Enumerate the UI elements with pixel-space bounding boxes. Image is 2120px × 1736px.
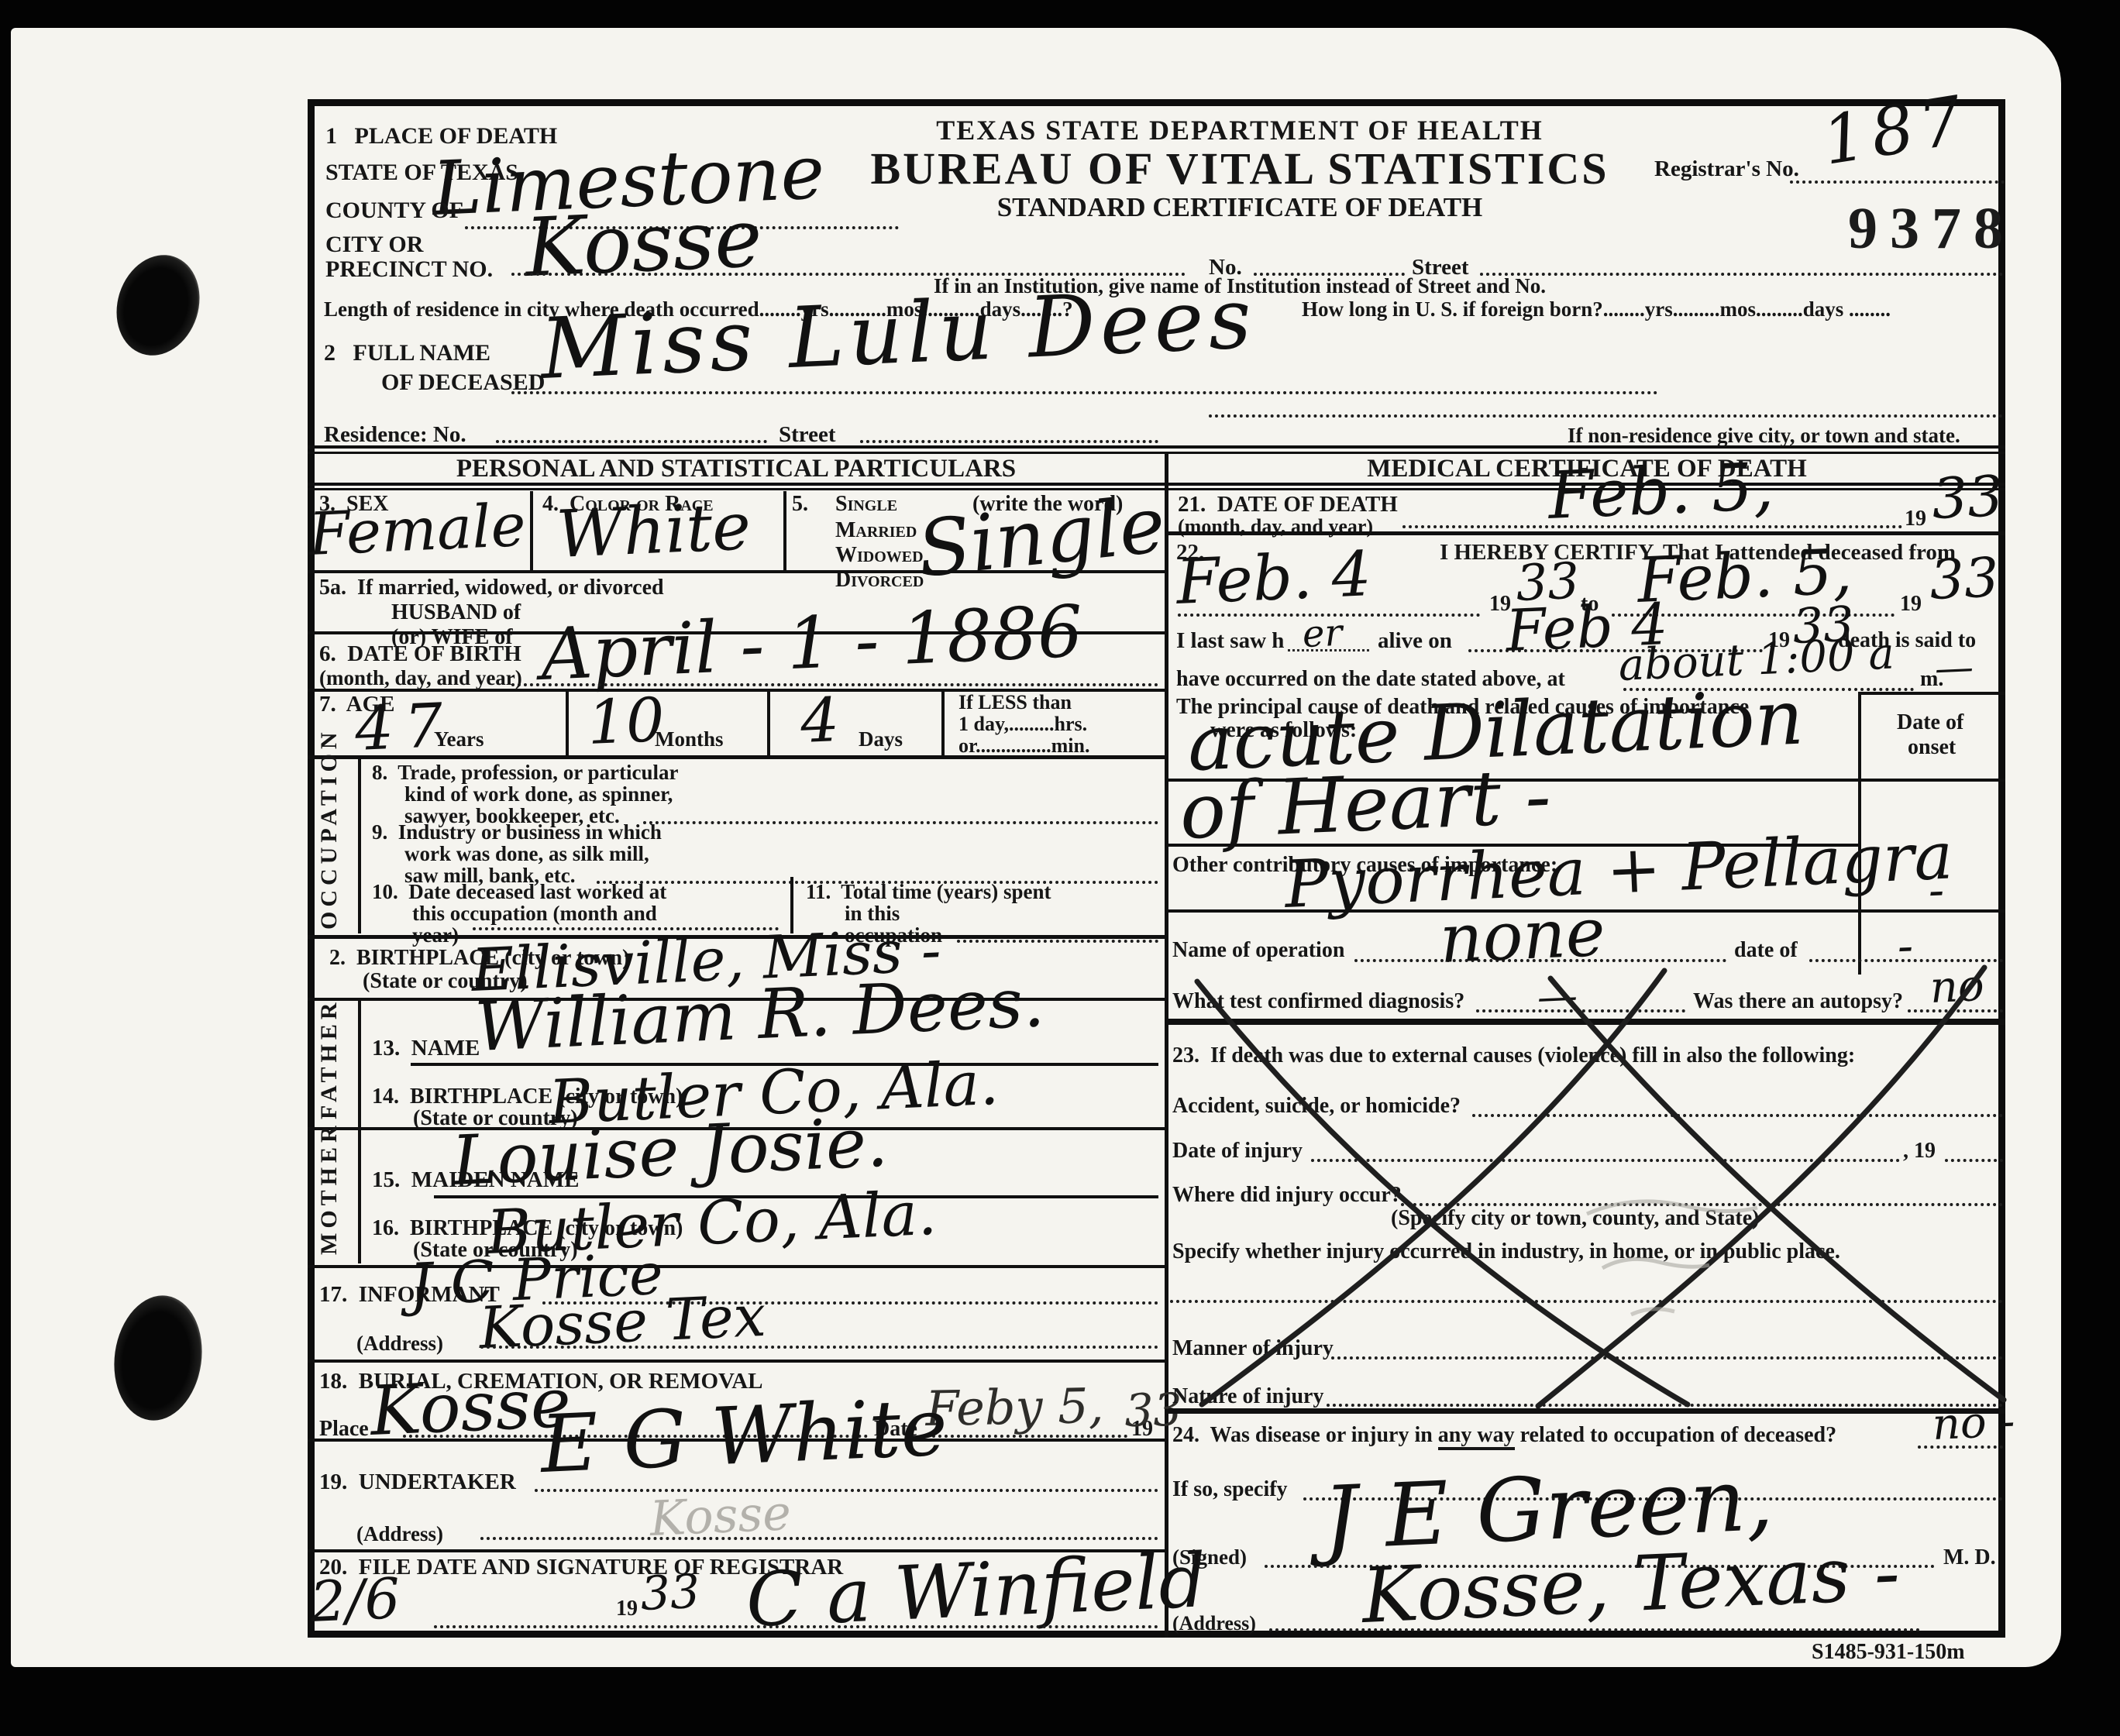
dept-title: TEXAS STATE DEPARTMENT OF HEALTH (821, 116, 1658, 146)
full-name-dotted-line (511, 391, 1658, 394)
physician-address-handwritten: Kosse, Texas - (1361, 1535, 1901, 1635)
onset-box-top-rule (1858, 692, 2005, 695)
personal-title-rule-a (308, 483, 1165, 486)
sex-race-divider (530, 491, 533, 570)
onset-label-1: Date of (1897, 711, 1963, 734)
marital-num: 5. (792, 493, 808, 515)
age-div1 (566, 691, 569, 755)
father-side-divider (358, 1001, 361, 1127)
county-label: COUNTY OF (325, 198, 463, 223)
marital-married: Married (835, 519, 917, 541)
item9-line1: 9. Industry or business in which (372, 821, 662, 843)
age-less-note-1: If LESS than (958, 692, 1072, 713)
age-months-handwritten: 10 (587, 690, 666, 754)
age-less-note-3: or...............min. (958, 735, 1090, 756)
burial-date-dotted (926, 1435, 1127, 1438)
last-saw-pre: I last saw h (1176, 629, 1284, 652)
registrar-signature-dotted (434, 1625, 1158, 1628)
dod-bottom-rule (1168, 531, 2005, 535)
dod-handwritten: Feb. 5, (1547, 453, 1774, 528)
race-handwritten: White (555, 493, 752, 567)
undertaker-address-label: (Address) (356, 1523, 443, 1545)
scanned-death-certificate: 1 PLACE OF DEATH STATE OF TEXAS Limeston… (0, 0, 2120, 1736)
age-months-label: Months (655, 728, 724, 750)
age-less-note-2: 1 day,.........hrs. (958, 713, 1087, 734)
residence-no-dotted (496, 440, 767, 443)
address-label: (Address) (1172, 1613, 1256, 1634)
residence-street-label: Street (779, 423, 836, 446)
race-marital-divider (783, 491, 786, 570)
certify-from-handwritten: Feb. 4 (1175, 543, 1373, 614)
item24-underlined: any way (1438, 1423, 1515, 1450)
undertaker-handwritten: E G White (539, 1388, 949, 1485)
last-saw-post: alive on (1378, 629, 1452, 652)
item24-pre: 24. Was disease or injury in (1172, 1423, 1438, 1447)
item9-line2: work was done, as silk mill, (404, 843, 649, 865)
residence-label: Residence: No. (324, 423, 466, 446)
item5a-line1: 5a. If married, widowed, or divorced (319, 576, 664, 599)
city-label-2: PRECINCT NO. (325, 257, 493, 282)
crossout-x-marks (1165, 957, 2013, 1421)
informant-address-label: (Address) (356, 1332, 443, 1354)
item24-answer-dotted (1918, 1446, 2003, 1449)
occupation-side-divider (358, 759, 361, 933)
age-days-label: Days (859, 728, 903, 750)
form-imprint: S1485-931-150m (1812, 1641, 1965, 1663)
item24-if-so: If so, specify (1172, 1478, 1288, 1501)
file-date-handwritten: 2/6 (309, 1570, 401, 1630)
city-label-1: CITY OR (325, 232, 423, 257)
item2-full-name-label: 2 FULL NAME (324, 341, 490, 366)
dob-sub: (month, day, and year) (319, 667, 522, 689)
address-dotted (1269, 1628, 1920, 1631)
dod-label: 21. DATE OF DEATH (1178, 493, 1398, 516)
item11-dotted (957, 940, 1158, 943)
father-side-label: FATHER (316, 1011, 342, 1119)
contributory-onset-dash: - (1927, 867, 1945, 914)
item24-text: 24. Was disease or injury in any way rel… (1172, 1424, 1836, 1446)
burial-date-handwritten: Feby 5, (925, 1382, 1104, 1433)
undertaker-label: 19. UNDERTAKER (319, 1470, 516, 1494)
non-residence-dotted (1209, 414, 2003, 418)
dod-year-printed: 19 (1905, 507, 1926, 530)
mother-side-divider (358, 1130, 361, 1263)
item24-post: related to occupation of deceased? (1515, 1423, 1837, 1447)
dob-label: 6. DATE OF BIRTH (319, 642, 521, 665)
informant-bottom-rule (308, 1360, 1165, 1363)
certify-to-year-printed: 19 (1900, 593, 1922, 615)
file-year-printed: 19 (616, 1597, 638, 1620)
residence-street-dotted (860, 440, 1158, 443)
undertaker-address-pencil: Kosse (649, 1489, 792, 1543)
how-long-us-label: How long in U. S. if foreign born?......… (1302, 298, 1891, 320)
age-bottom-rule (308, 755, 1165, 759)
sex-handwritten: Female (308, 496, 527, 564)
marital-single: Single (835, 493, 897, 515)
header-separator-rule-a (308, 445, 2005, 449)
mother-name-handwritten: Louise Josie. (450, 1109, 889, 1195)
non-residence-note: If non-residence give city, or town and … (1568, 425, 1960, 446)
marital-widowed: Widowed (835, 544, 924, 566)
registrars-no-label: Registrar's No. (1654, 157, 1799, 180)
mother-side-label: MOTHER (316, 1139, 342, 1255)
informant-address-dotted (480, 1346, 1158, 1349)
onset-label-2: onset (1908, 736, 1956, 758)
age-div3 (941, 691, 945, 755)
certify-to-year-handwritten: 33 (1929, 550, 2000, 607)
personal-title: PERSONAL AND STATISTICAL PARTICULARS (308, 455, 1165, 483)
burial-place-label: Place (319, 1418, 369, 1440)
dod-dotted (1402, 525, 1902, 528)
registrar-signature-handwritten: C a Winfield (745, 1543, 1208, 1638)
occupation-side-label: OCCUPATION (316, 771, 342, 930)
item5a-line2: HUSBAND of (391, 601, 521, 624)
row345-bottom-rule (308, 570, 1165, 573)
file-number-stamp: 9378 (1848, 195, 2015, 263)
item8-line1: 8. Trade, profession, or particular (372, 761, 679, 783)
standard-title: STANDARD CERTIFICATE OF DEATH (821, 194, 1658, 222)
item10-line1: 10. Date deceased last worked at (372, 881, 666, 902)
item10-line2: this occupation (month and (412, 902, 657, 924)
registrars-no-dotted-line (1790, 180, 2005, 184)
last-saw-er-handwritten: er (1302, 614, 1343, 653)
age-years-label: Years (434, 728, 484, 750)
item24-answer-handwritten: no - (1932, 1400, 2016, 1447)
item8-line2: kind of work done, as spinner, (404, 783, 673, 805)
signed-label: (Signed) (1172, 1546, 1247, 1568)
item8-dotted (643, 821, 1158, 824)
file-year-handwritten: 33 (639, 1569, 700, 1617)
md-label: M. D. (1943, 1546, 1996, 1569)
item11-line1: 11. Total time (years) spent (806, 881, 1051, 902)
age-days-handwritten: 4 (800, 690, 841, 752)
dod-year-handwritten: 33 (1931, 468, 2005, 527)
bureau-title: BUREAU OF VITAL STATISTICS (806, 146, 1674, 193)
undertaker-dotted (535, 1489, 1158, 1492)
father-name-label: 13. NAME (372, 1036, 480, 1060)
age-div2 (767, 691, 770, 755)
occurred-dash-handwritten: — (1934, 648, 1974, 688)
undertaker-address-dotted (480, 1537, 1158, 1540)
